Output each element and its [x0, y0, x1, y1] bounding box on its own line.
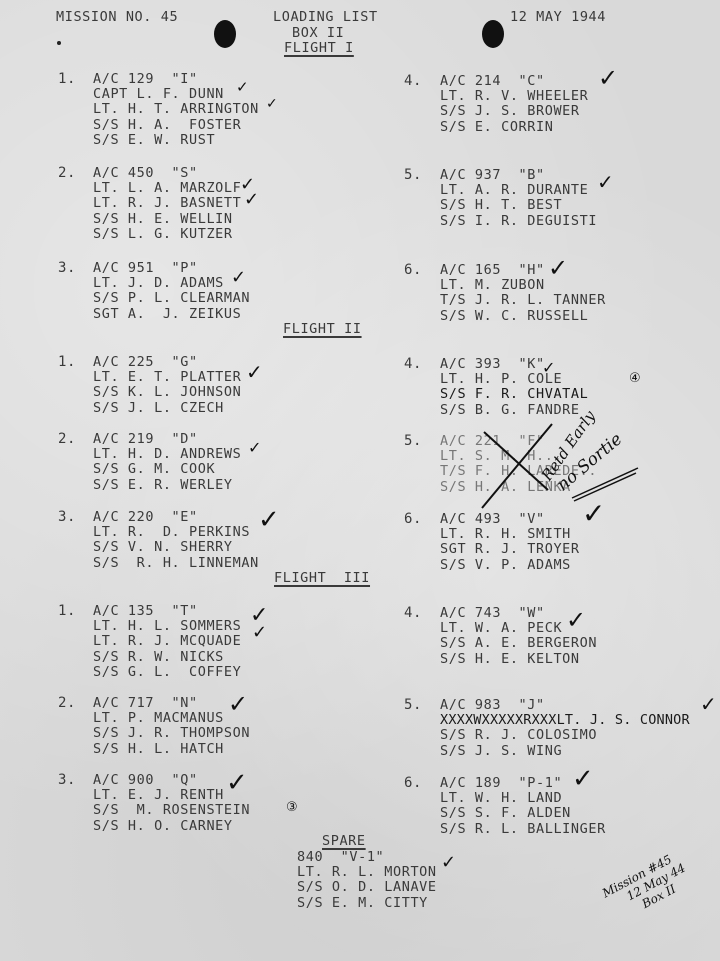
flight-2-heading: FLIGHT II [283, 322, 362, 337]
check-mark-icon: ✓ [597, 172, 614, 192]
crew-member: S/S I. R. DEGUISTI [440, 214, 597, 229]
check-mark-icon: ✓ [244, 191, 259, 209]
check-mark-icon: ✓ [582, 500, 605, 528]
flight-1-heading: FLIGHT I [284, 41, 354, 56]
crew-member: S/S L. G. KUTZER [93, 227, 241, 242]
check-mark-icon: ✓ [226, 770, 248, 796]
crew-member: LT. R. V. WHEELER [440, 89, 588, 104]
aircraft-id: A/C 983 "J" [440, 698, 690, 713]
check-mark-icon: ✓ [566, 608, 586, 632]
aircraft-id: A/C 214 "C" [440, 74, 588, 89]
crew-member: CAPT L. F. DUNN [93, 87, 259, 102]
crew-member: S/S E. CORRIN [440, 120, 588, 135]
aircraft-entry: A/C 225 "G" LT. E. T. PLATTER S/S K. L. … [93, 355, 241, 416]
crew-member: S/S H. T. BEST [440, 198, 597, 213]
crew-member: S/S H. E. KELTON [440, 652, 597, 667]
aircraft-entry: A/C 219 "D" LT. H. D. ANDREWS S/S G. M. … [93, 432, 241, 493]
aircraft-entry: A/C 717 "N" LT. P. MACMANUS S/S J. R. TH… [93, 696, 250, 757]
corner-handwritten-note: Mission #45 12 May 44 Box II [600, 848, 694, 925]
crew-member: S/S S. F. ALDEN [440, 806, 606, 821]
crew-member: LT. R. D. PERKINS [93, 525, 259, 540]
check-mark-icon: ✓ [228, 692, 248, 716]
crew-member: S/S O. D. LANAVE [297, 880, 437, 895]
circled-number-mark: ④ [629, 371, 641, 386]
crew-member: LT. E. T. PLATTER [93, 370, 241, 385]
position-number: 4. [404, 357, 422, 372]
crew-member: LT. H. L. SOMMERS [93, 619, 241, 634]
aircraft-entry: A/C 393 "K" LT. H. P. COLE S/S F. R. CHV… [440, 357, 588, 418]
crew-member: LT. R. J. MCQUADE [93, 634, 241, 649]
aircraft-id: A/C 135 "T" [93, 604, 241, 619]
aircraft-id: A/C 129 "I" [93, 72, 259, 87]
crew-member: S/S V. P. ADAMS [440, 558, 580, 573]
position-number: 3. [58, 773, 76, 788]
mission-number: MISSION NO. 45 [56, 10, 178, 25]
check-mark-icon: ✓ [252, 624, 267, 642]
position-number: 5. [404, 168, 422, 183]
crew-member: S/S J. S. BROWER [440, 104, 588, 119]
crew-member: T/S J. R. L. TANNER [440, 293, 606, 308]
position-number: 2. [58, 166, 76, 181]
aircraft-entry: A/C 983 "J" XXXXWXXXXXRXXXLT. J. S. CONN… [440, 698, 690, 759]
margin-mark [57, 41, 61, 45]
aircraft-entry: A/C 214 "C" LT. R. V. WHEELER S/S J. S. … [440, 74, 588, 135]
check-mark-icon: ✓ [548, 256, 568, 280]
aircraft-id: 840 "V-1" [297, 850, 437, 865]
spare-entry: 840 "V-1" LT. R. L. MORTON S/S O. D. LAN… [297, 850, 437, 911]
punch-hole-right [482, 20, 504, 48]
crew-member: S/S H. A. FOSTER [93, 118, 259, 133]
check-mark-icon: ✓ [572, 766, 594, 792]
crew-member: SGT R. J. TROYER [440, 542, 580, 557]
crew-member: S/S R. W. NICKS [93, 650, 241, 665]
position-number: 3. [58, 510, 76, 525]
position-number: 6. [404, 512, 422, 527]
crew-member: S/S H. L. HATCH [93, 742, 250, 757]
note-underline-icon [570, 462, 640, 502]
crew-member: S/S H. E. WELLIN [93, 212, 241, 227]
crew-member: LT. R. H. SMITH [440, 527, 580, 542]
crew-member: LT. R. J. BASNETT [93, 196, 241, 211]
punch-hole-left [214, 20, 236, 48]
aircraft-entry: A/C 129 "I" CAPT L. F. DUNN LT. H. T. AR… [93, 72, 259, 148]
spare-heading: SPARE [322, 834, 366, 849]
aircraft-id: A/C 717 "N" [93, 696, 250, 711]
check-mark-icon: ✓ [542, 360, 555, 376]
crew-member: S/S H. O. CARNEY [93, 819, 250, 834]
crew-member: S/S B. G. FANDRE [440, 403, 588, 418]
crew-member: S/S W. C. RUSSELL [440, 309, 606, 324]
aircraft-id: A/C 951 "P" [93, 261, 250, 276]
crew-member: S/S R. L. BALLINGER [440, 822, 606, 837]
aircraft-entry: A/C 450 "S" LT. L. A. MARZOLF LT. R. J. … [93, 166, 241, 242]
flight-3-heading: FLIGHT III [274, 571, 370, 586]
position-number: 4. [404, 606, 422, 621]
aircraft-id: A/C 219 "D" [93, 432, 241, 447]
check-mark-icon: ✓ [700, 694, 717, 714]
box-label: BOX II [292, 26, 344, 41]
crew-member: S/S E. R. WERLEY [93, 478, 241, 493]
position-number: 1. [58, 72, 76, 87]
crew-member: S/S G. M. COOK [93, 462, 241, 477]
crew-member: S/S F. R. CHVATAL [440, 387, 588, 402]
crew-member: S/S E. M. CITTY [297, 896, 437, 911]
check-mark-icon: ✓ [231, 269, 246, 287]
crew-member: S/S G. L. COFFEY [93, 665, 241, 680]
aircraft-id: A/C 393 "K" [440, 357, 588, 372]
position-number: 6. [404, 776, 422, 791]
aircraft-entry: A/C 951 "P" LT. J. D. ADAMS S/S P. L. CL… [93, 261, 250, 322]
aircraft-id: A/C 937 "B" [440, 168, 597, 183]
crew-member: S/S K. L. JOHNSON [93, 385, 241, 400]
crew-member: S/S J. L. CZECH [93, 401, 241, 416]
aircraft-id: A/C 493 "V" [440, 512, 580, 527]
document-title: LOADING LIST [273, 10, 378, 25]
aircraft-entry: A/C 165 "H" LT. M. ZUBON T/S J. R. L. TA… [440, 263, 606, 324]
position-number: 1. [58, 604, 76, 619]
position-number: 1. [58, 355, 76, 370]
document-date: 12 MAY 1944 [510, 10, 606, 25]
crew-member: S/S P. L. CLEARMAN [93, 291, 250, 306]
crew-member: S/S J. S. WING [440, 744, 690, 759]
aircraft-id: A/C 220 "E" [93, 510, 259, 525]
position-number: 6. [404, 263, 422, 278]
crew-member: S/S R. J. COLOSIMO [440, 728, 690, 743]
crew-member: S/S R. H. LINNEMAN [93, 556, 259, 571]
check-mark-icon: ✓ [266, 97, 278, 111]
crew-member: S/S E. W. RUST [93, 133, 259, 148]
crew-member: XXXXWXXXXXRXXXLT. J. S. CONNOR [440, 713, 690, 728]
position-number: 3. [58, 261, 76, 276]
circled-number-mark: ③ [286, 800, 298, 815]
position-number: 5. [404, 434, 422, 449]
crew-member: S/S A. E. BERGERON [440, 636, 597, 651]
position-number: 5. [404, 698, 422, 713]
crew-member: LT. R. L. MORTON [297, 865, 437, 880]
aircraft-entry: A/C 220 "E" LT. R. D. PERKINS S/S V. N. … [93, 510, 259, 571]
position-number: 2. [58, 432, 76, 447]
crew-member: LT. J. D. ADAMS [93, 276, 250, 291]
aircraft-id: A/C 225 "G" [93, 355, 241, 370]
crew-member: SGT A. J. ZEIKUS [93, 307, 250, 322]
check-mark-icon: ✓ [236, 80, 249, 95]
position-number: 4. [404, 74, 422, 89]
check-mark-icon: ✓ [248, 440, 261, 456]
aircraft-id: A/C 165 "H" [440, 263, 606, 278]
check-mark-icon: ✓ [258, 507, 280, 533]
crew-member: LT. H. P. COLE [440, 372, 588, 387]
aircraft-id: A/C 450 "S" [93, 166, 241, 181]
position-number: 2. [58, 696, 76, 711]
check-mark-icon: ✓ [598, 66, 618, 90]
check-mark-icon: ✓ [441, 854, 456, 872]
crew-member: LT. A. R. DURANTE [440, 183, 597, 198]
crew-member: LT. M. ZUBON [440, 278, 606, 293]
crew-member: S/S J. R. THOMPSON [93, 726, 250, 741]
check-mark-icon: ✓ [246, 362, 263, 382]
crew-member: S/S M. ROSENSTEIN [93, 803, 250, 818]
crew-member: LT. H. D. ANDREWS [93, 447, 241, 462]
crew-member: LT. P. MACMANUS [93, 711, 250, 726]
aircraft-entry: A/C 493 "V" LT. R. H. SMITH SGT R. J. TR… [440, 512, 580, 573]
aircraft-entry: A/C 135 "T" LT. H. L. SOMMERS LT. R. J. … [93, 604, 241, 680]
crew-member: S/S V. N. SHERRY [93, 540, 259, 555]
aircraft-entry: A/C 937 "B" LT. A. R. DURANTE S/S H. T. … [440, 168, 597, 229]
crew-member: LT. H. T. ARRINGTON [93, 102, 259, 117]
crew-member: LT. L. A. MARZOLF [93, 181, 241, 196]
